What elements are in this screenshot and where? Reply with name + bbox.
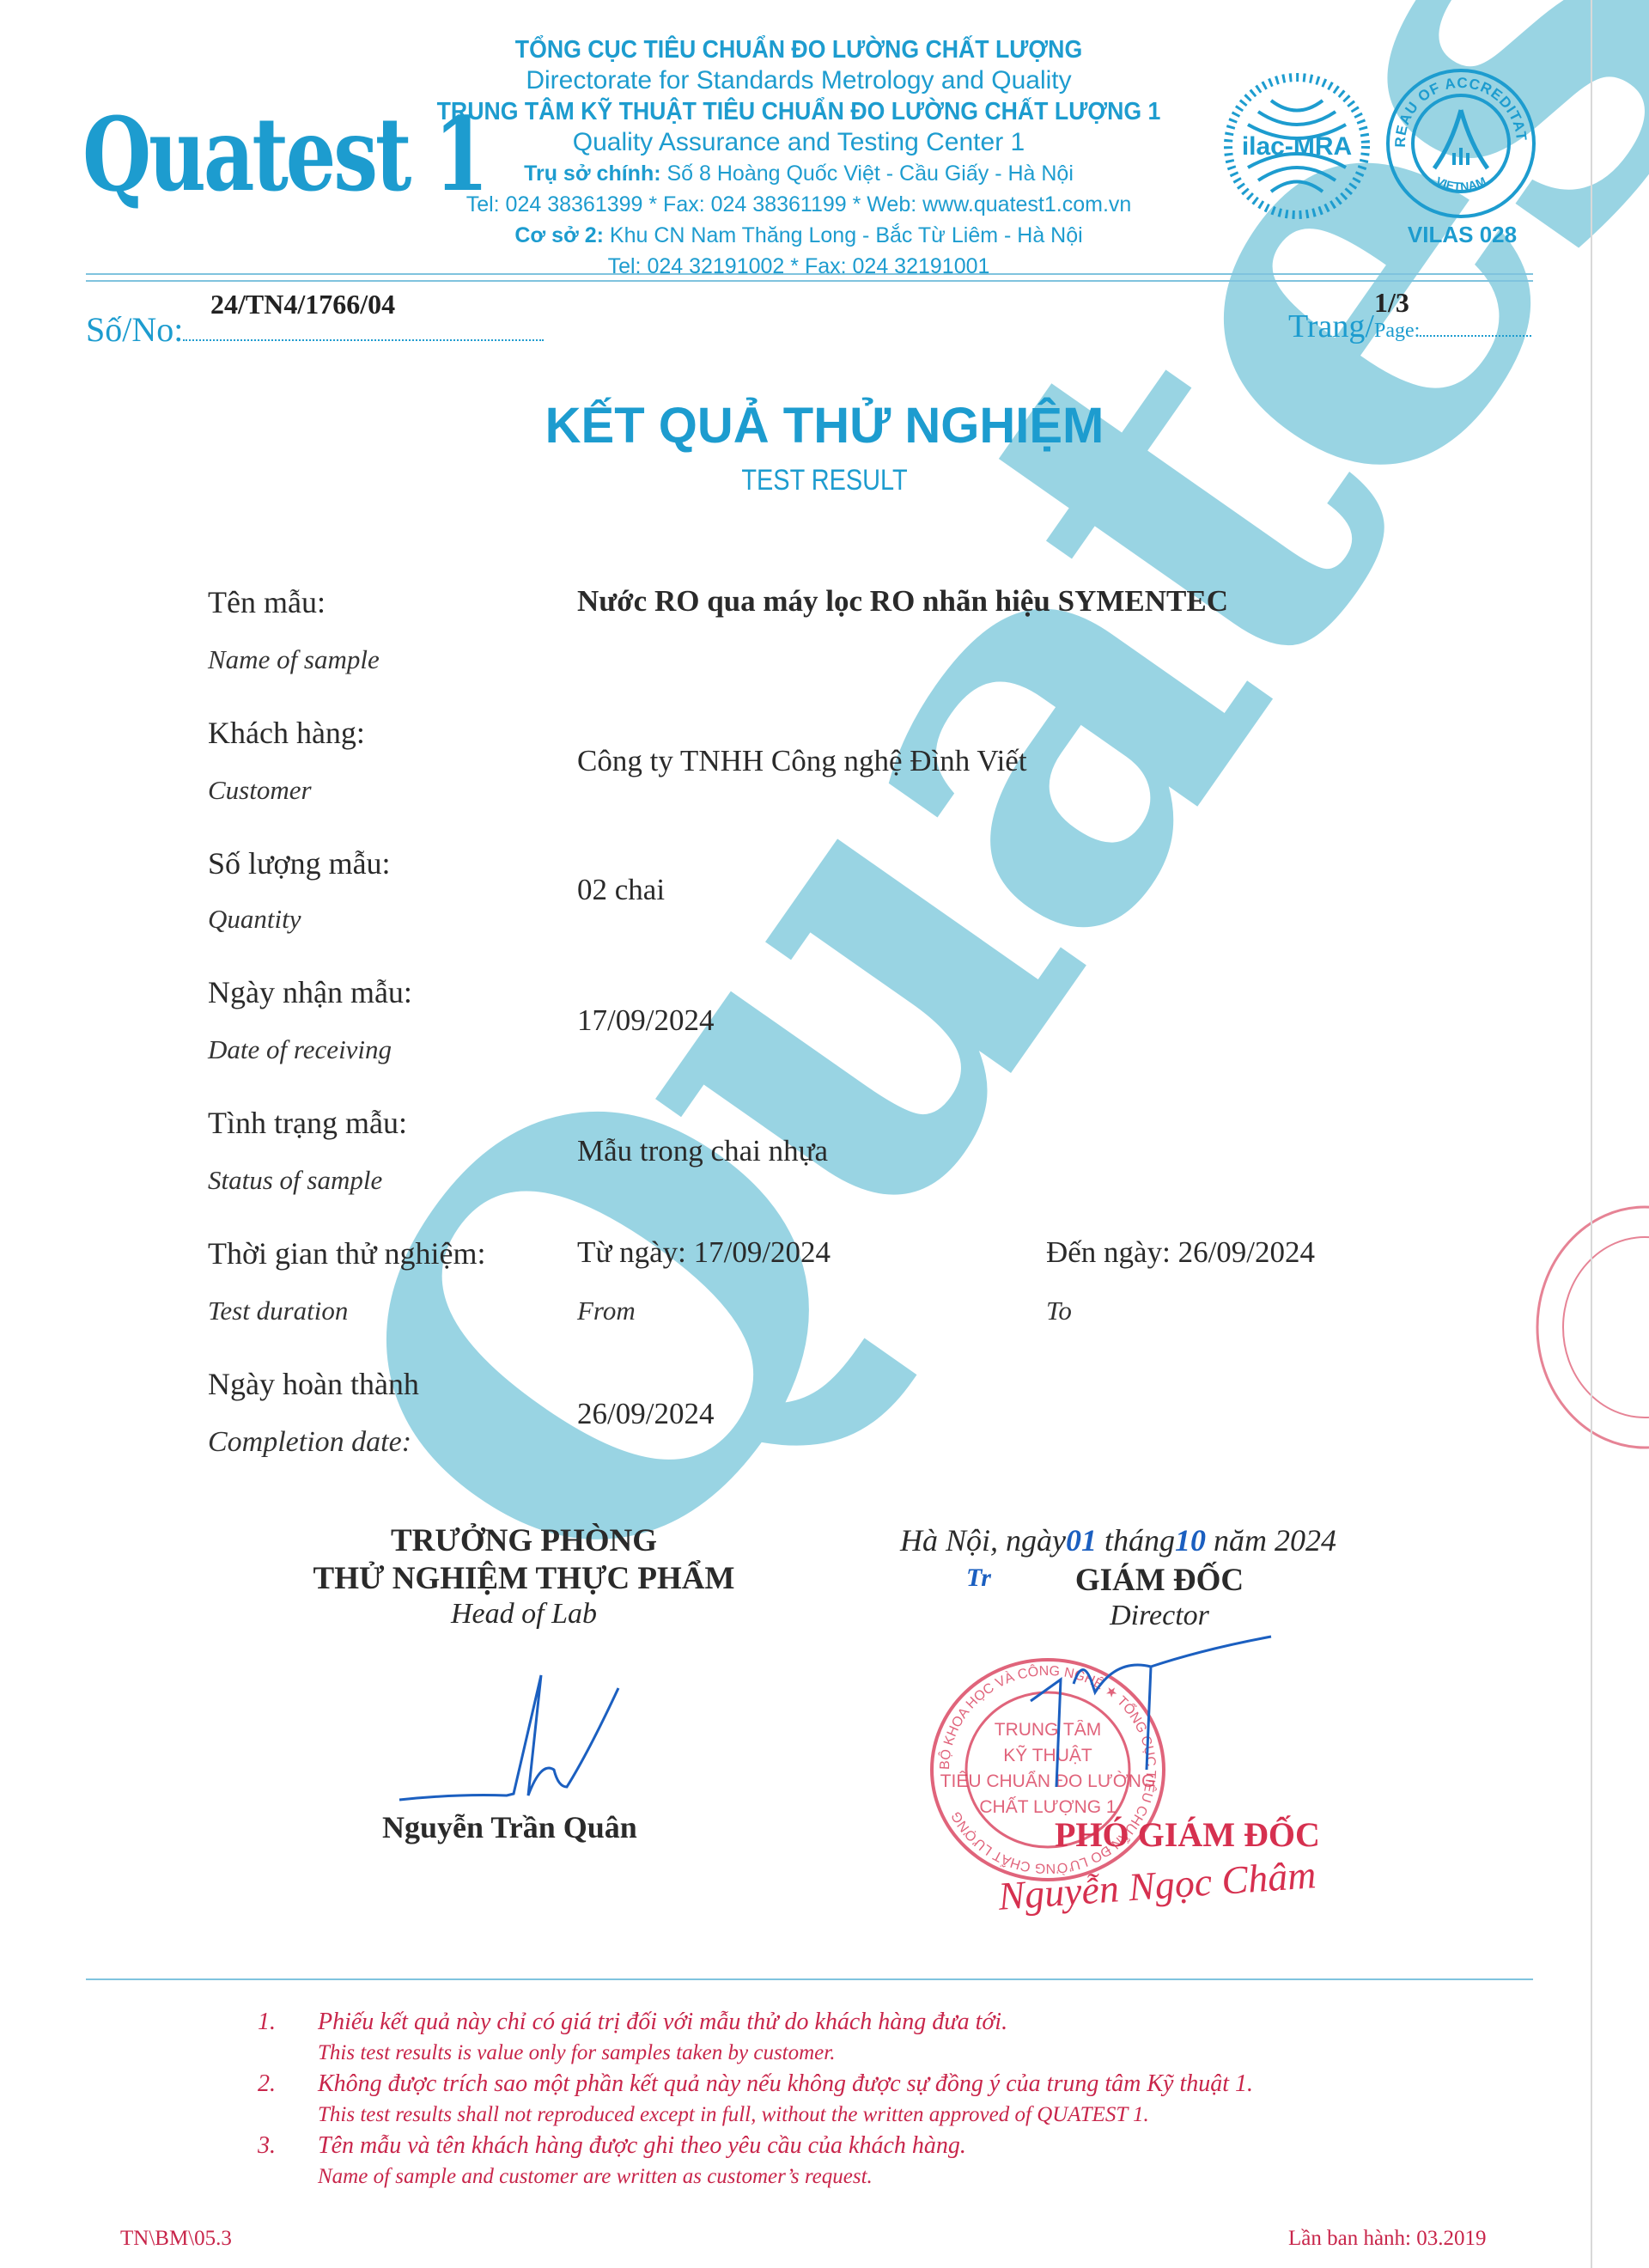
status-value: Mẫu trong chai nhựa (577, 1134, 828, 1168)
field-label-test-duration: Thời gian thử nghiệm: (208, 1235, 486, 1271)
page-number: 1/3 (1374, 287, 1409, 319)
month-handwritten: 10 (1175, 1523, 1206, 1558)
day-handwritten: 01 (1066, 1523, 1097, 1558)
note-item-en: This test results shall not reproduced e… (258, 2100, 1253, 2130)
page-title: KẾT QUẢ THỬ NGHIỆM (0, 397, 1649, 454)
date-received-value: 17/09/2024 (577, 1003, 714, 1038)
ilac-mra-icon: ilac-MRA (1224, 73, 1370, 219)
field-label-en-completion: Completion date: (208, 1426, 411, 1459)
letterhead: TỔNG CỤC TIÊU CHUẨN ĐO LƯỜNG CHẤT LƯỢNG … (395, 34, 1202, 282)
branch-address: Khu CN Nam Thăng Long - Bắc Từ Liêm - Hà… (610, 223, 1083, 247)
place-date: Hà Nội, ngày01 tháng10 năm 2024 (900, 1522, 1336, 1558)
field-label-en-date-received: Date of receiving (208, 1034, 392, 1065)
note-item-en: Name of sample and customer are written … (258, 2162, 1253, 2192)
test-from-value: Từ ngày: 17/09/2024 (577, 1235, 831, 1270)
issue-version: Lần ban hành: 03.2019 (1288, 2227, 1487, 2251)
header-divider (86, 273, 1533, 275)
head-of-lab-title-1: TRƯỞNG PHÒNG (258, 1522, 790, 1560)
head-of-lab-block: TRƯỞNG PHÒNG THỬ NGHIỆM THỰC PHẨM Head o… (258, 1522, 790, 1631)
notes: 1.Phiếu kết quả này chỉ có giá trị đối v… (258, 2006, 1253, 2192)
deputy-director-title: PHÓ GIÁM ĐỐC (1055, 1814, 1320, 1855)
vilas-code: VILAS 028 (1387, 222, 1537, 248)
field-label-customer: Khách hàng: (208, 715, 365, 751)
field-label-en-sample-name: Name of sample (208, 644, 380, 675)
director-title-en: Director (979, 1600, 1340, 1632)
field-label-date-received: Ngày nhận mẫu: (208, 974, 412, 1010)
center-line-vi: TRUNG TÂM KỸ THUẬT TIÊU CHUẨN ĐO LƯỜNG C… (428, 96, 1171, 127)
note-item-en: This test results is value only for samp… (258, 2039, 1253, 2068)
field-label-en-quantity: Quantity (208, 904, 301, 935)
svg-text:VIETNAM: VIETNAM (1433, 174, 1488, 193)
field-label-sample-name: Tên mẫu: (208, 584, 326, 620)
field-label-completion: Ngày hoàn thành (208, 1366, 419, 1402)
director-title: GIÁM ĐỐC (979, 1562, 1340, 1600)
footer-divider (86, 1978, 1533, 1980)
hq-label: Trụ sở chính: (524, 162, 660, 186)
head-of-lab-title-en: Head of Lab (258, 1598, 790, 1631)
org-line-vi: TỔNG CỤC TIÊU CHUẨN ĐO LƯỜNG CHẤT LƯỢNG (428, 34, 1171, 65)
center-line-en: Quality Assurance and Testing Center 1 (395, 127, 1202, 158)
org-line-en: Directorate for Standards Metrology and … (395, 65, 1202, 96)
head-of-lab-signature (386, 1667, 644, 1813)
director-signature (996, 1632, 1280, 1821)
note-item: 1.Phiếu kết quả này chỉ có giá trị đối v… (258, 2006, 1253, 2039)
bureau-of-accreditation-icon: BUREAU OF ACCREDITATION VIETNAM (1384, 67, 1537, 220)
field-label-status: Tình trạng mẫu: (208, 1105, 407, 1141)
hq-contact: Tel: 024 38361399 * Fax: 024 38361199 * … (395, 189, 1202, 220)
sample-name-value: Nước RO qua máy lọc RO nhãn hiệu SYMENTE… (577, 584, 1228, 619)
hq-address: Số 8 Hoàng Quốc Việt - Cầu Giấy - Hà Nội (667, 162, 1074, 186)
field-label-en-test-duration: Test duration (208, 1296, 348, 1326)
test-to-label: To (1046, 1296, 1072, 1326)
page-label: Trang/Page: (1288, 308, 1531, 345)
field-label-quantity: Số lượng mẫu: (208, 845, 391, 881)
field-label-en-status: Status of sample (208, 1165, 382, 1196)
director-block: GIÁM ĐỐC Director (979, 1562, 1340, 1632)
quantity-value: 02 chai (577, 873, 665, 907)
test-to-value: Đến ngày: 26/09/2024 (1046, 1235, 1315, 1270)
note-item: 2.Không được trích sao một phần kết quả … (258, 2068, 1253, 2100)
page-subtitle: TEST RESULT (124, 464, 1525, 497)
head-of-lab-name: Nguyễn Trần Quân (382, 1809, 637, 1845)
head-of-lab-title-2: THỬ NGHIỆM THỰC PHẨM (258, 1560, 790, 1598)
header-divider-2 (86, 280, 1533, 282)
form-code: TN\BM\05.3 (120, 2227, 232, 2251)
field-label-en-customer: Customer (208, 775, 312, 806)
branch-label: Cơ sở 2: (514, 223, 604, 247)
doc-number: 24/TN4/1766/04 (210, 289, 395, 320)
svg-text:ilac-MRA: ilac-MRA (1242, 132, 1352, 161)
branch-contact: Tel: 024 32191002 * Fax: 024 32191001 (395, 251, 1202, 282)
completion-value: 26/09/2024 (577, 1397, 714, 1431)
customer-value: Công ty TNHH Công nghệ Đình Viết (577, 744, 1027, 778)
page-edge (1591, 0, 1592, 2268)
edge-stamp (1507, 1186, 1649, 1469)
test-from-label: From (577, 1296, 636, 1326)
note-item: 3.Tên mẫu và tên khách hàng được ghi the… (258, 2130, 1253, 2162)
